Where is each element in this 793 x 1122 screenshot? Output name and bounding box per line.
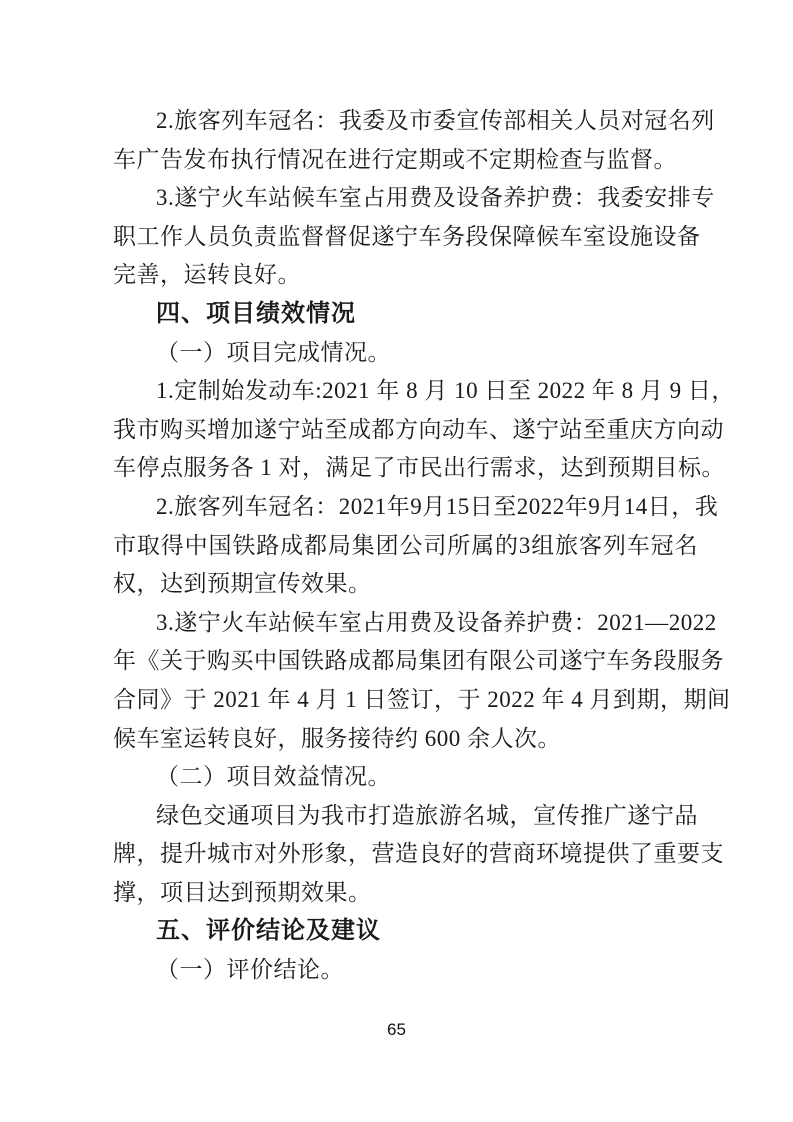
paragraph-line: 权，达到预期宣传效果。 (113, 565, 698, 604)
subsection-heading: （一）项目完成情况。 (113, 334, 698, 373)
paragraph-line: 职工作人员负责监督督促遂宁车务段保障候车室设施设备 (113, 218, 698, 257)
document-body: 2.旅客列车冠名：我委及市委宣传部相关人员对冠名列 车广告发布执行情况在进行定期… (113, 102, 698, 990)
subsection-heading: （二）项目效益情况。 (113, 758, 698, 797)
paragraph-line: 车广告发布执行情况在进行定期或不定期检查与监督。 (113, 141, 698, 180)
paragraph-line: 牌，提升城市对外形象，营造良好的营商环境提供了重要支 (113, 835, 698, 874)
paragraph-line: 我市购买增加遂宁站至成都方向动车、遂宁站至重庆方向动 (113, 411, 698, 450)
section-heading-4: 四、项目绩效情况 (113, 295, 698, 334)
paragraph-line: 2.旅客列车冠名：我委及市委宣传部相关人员对冠名列 (113, 102, 698, 141)
paragraph-line: 完善，运转良好。 (113, 256, 698, 295)
paragraph-line: 绿色交通项目为我市打造旅游名城，宣传推广遂宁品 (113, 797, 698, 836)
paragraph-line: 车停点服务各 1 对，满足了市民出行需求，达到预期目标。 (113, 449, 698, 488)
section-heading-5: 五、评价结论及建议 (113, 912, 698, 951)
paragraph-line: 3.遂宁火车站候车室占用费及设备养护费：2021—2022 (113, 604, 698, 643)
paragraph-line: 候车室运转良好，服务接待约 600 余人次。 (113, 720, 698, 759)
paragraph-line: 年《关于购买中国铁路成都局集团有限公司遂宁车务段服务 (113, 642, 698, 681)
paragraph-line: 市取得中国铁路成都局集团公司所属的3组旅客列车冠名 (113, 527, 698, 566)
document-page: 2.旅客列车冠名：我委及市委宣传部相关人员对冠名列 车广告发布执行情况在进行定期… (0, 0, 793, 1122)
subsection-heading: （一）评价结论。 (113, 951, 698, 990)
paragraph-line: 撑，项目达到预期效果。 (113, 874, 698, 913)
paragraph-line: 2.旅客列车冠名：2021年9月15日至2022年9月14日，我 (113, 488, 698, 527)
paragraph-line: 合同》于 2021 年 4 月 1 日签订，于 2022 年 4 月到期，期间 (113, 681, 698, 720)
paragraph-line: 1.定制始发动车:2021 年 8 月 10 日至 2022 年 8 月 9 日… (113, 372, 698, 411)
page-number: 65 (0, 1020, 793, 1040)
paragraph-line: 3.遂宁火车站候车室占用费及设备养护费：我委安排专 (113, 179, 698, 218)
